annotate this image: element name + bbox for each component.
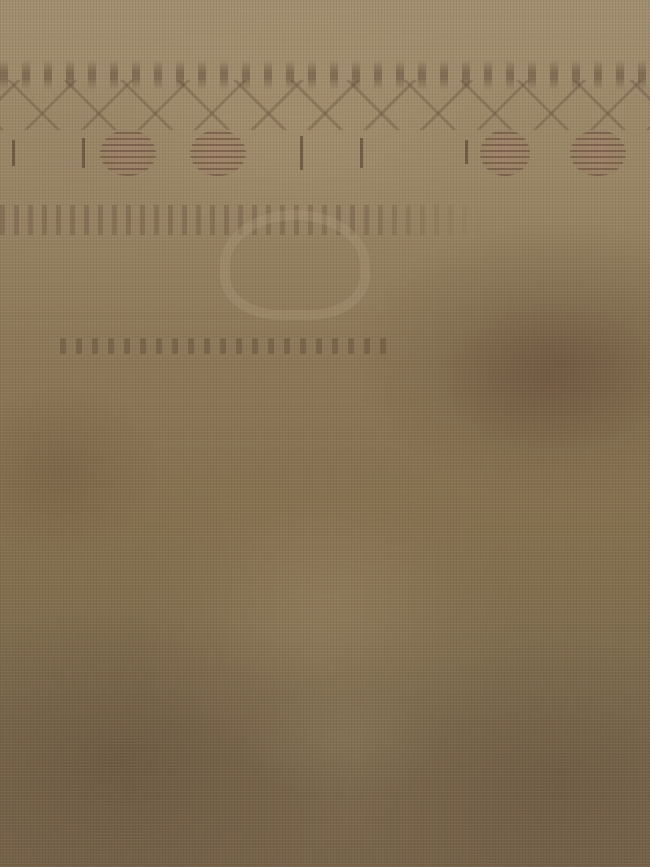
zigzag-band [0,80,650,130]
weave-texture [0,0,650,867]
rosette-motif [480,130,530,176]
rosette-motif [190,130,246,176]
lower-guard-stripe [60,338,390,354]
border-band-top [0,60,650,90]
motif-stroke [12,140,15,166]
motif-stroke [360,138,363,168]
motif-stroke [82,138,85,168]
motif-stroke [300,136,303,170]
worn-patch [0,380,160,560]
motif-stroke [465,140,468,164]
worn-patch [430,300,650,460]
rug-photo [0,0,650,867]
worn-patch [240,680,440,800]
rosette-band [0,130,650,190]
rosette-motif [570,130,626,176]
worn-patch [200,500,460,700]
inner-guard-band [0,205,650,235]
medallion-arch-outline [220,210,370,320]
rosette-motif [100,130,156,176]
